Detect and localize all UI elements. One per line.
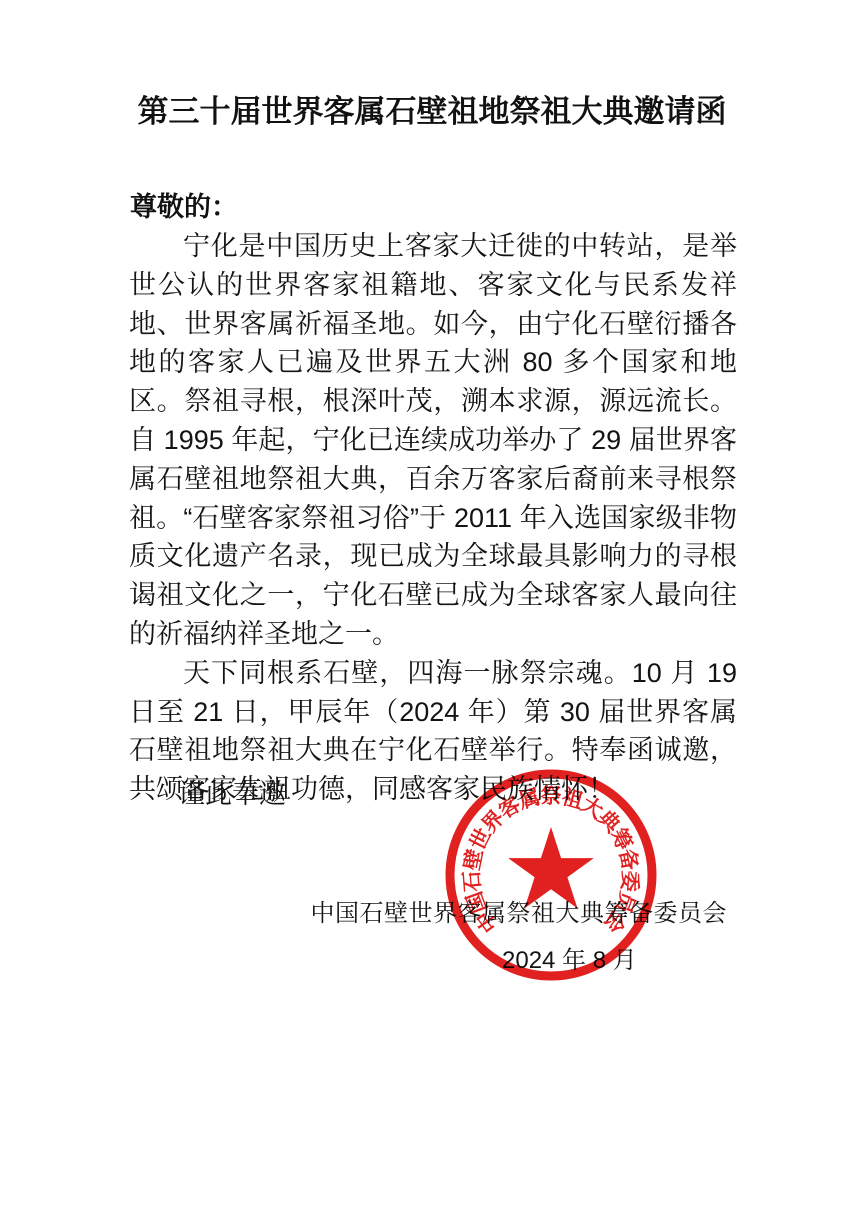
closing-phrase: 谨此奉邀 — [178, 772, 286, 811]
star-icon — [508, 827, 594, 908]
paragraph-1: 宁化是中国历史上客家大迁徙的中转站，是举世公认的世界客家祖籍地、客家文化与民系发… — [129, 227, 737, 654]
invitation-letter-page: 第三十届世界客属石壁祖地祭祖大典邀请函 尊敬的： 宁化是中国历史上客家大迁徙的中… — [0, 0, 864, 1222]
svg-text:备: 备 — [615, 847, 643, 872]
svg-text:石: 石 — [460, 870, 485, 893]
document-title: 第三十届世界客属石壁祖地祭祖大典邀请函 — [0, 86, 864, 131]
svg-text:祭: 祭 — [541, 784, 562, 808]
salutation: 尊敬的： — [130, 185, 238, 224]
letter-body: 宁化是中国历史上客家大迁徙的中转站，是举世公认的世界客家祖籍地、客家文化与民系发… — [129, 227, 737, 809]
official-seal: 中国石壁世界客属祭祖大典筹备委员会 — [436, 760, 666, 990]
